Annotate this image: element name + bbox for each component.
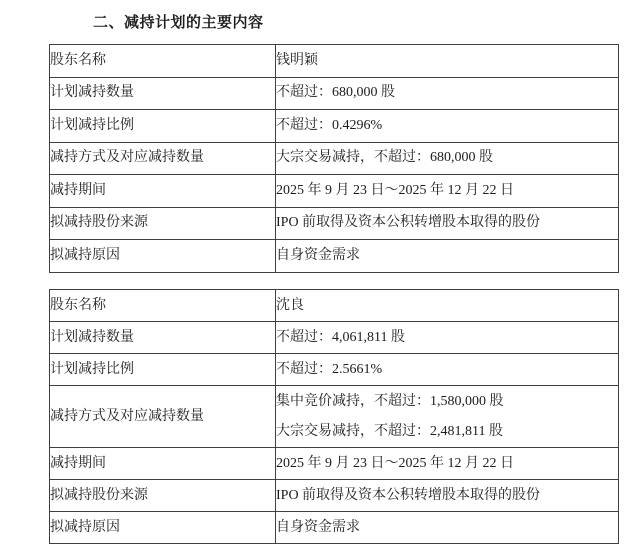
row-value: 自身资金需求: [276, 512, 619, 544]
row-value-line-1: 集中竞价减持，不超过：1,580,000 股: [276, 387, 618, 417]
table-row: 拟减持原因 自身资金需求: [50, 512, 619, 544]
table-row: 减持方式及对应减持数量 集中竞价减持，不超过：1,580,000 股 大宗交易减…: [50, 386, 619, 448]
row-label: 减持方式及对应减持数量: [50, 386, 276, 448]
row-label: 减持期间: [50, 175, 276, 208]
row-value: 沈良: [276, 290, 619, 322]
table-row: 计划减持数量 不超过：4,061,811 股: [50, 322, 619, 354]
row-value: 不超过：2.5661%: [276, 354, 619, 386]
table-row: 计划减持数量 不超过：680,000 股: [50, 77, 619, 110]
row-value: 不超过：680,000 股: [276, 77, 619, 110]
reduction-table-shareholder-1: 股东名称 钱明颖 计划减持数量 不超过：680,000 股 计划减持比例 不超过…: [49, 44, 619, 273]
row-label: 计划减持比例: [50, 110, 276, 143]
row-value: IPO 前取得及资本公积转增股本取得的股份: [276, 480, 619, 512]
table-row: 减持方式及对应减持数量 大宗交易减持，不超过：680,000 股: [50, 142, 619, 175]
row-label: 计划减持比例: [50, 354, 276, 386]
document-page: 二、减持计划的主要内容 股东名称 钱明颖 计划减持数量 不超过：680,000 …: [0, 0, 642, 556]
row-value: 不超过：4,061,811 股: [276, 322, 619, 354]
table-row: 股东名称 钱明颖: [50, 45, 619, 78]
row-label: 计划减持数量: [50, 322, 276, 354]
row-value: 集中竞价减持，不超过：1,580,000 股 大宗交易减持，不超过：2,481,…: [276, 386, 619, 448]
row-label: 拟减持原因: [50, 240, 276, 273]
section-title: 二、减持计划的主要内容: [93, 14, 264, 32]
row-value: 自身资金需求: [276, 240, 619, 273]
table-row: 拟减持原因 自身资金需求: [50, 240, 619, 273]
row-value: 钱明颖: [276, 45, 619, 78]
row-value: IPO 前取得及资本公积转增股本取得的股份: [276, 207, 619, 240]
table-row: 计划减持比例 不超过：0.4296%: [50, 110, 619, 143]
row-value: 2025 年 9 月 23 日～2025 年 12 月 22 日: [276, 448, 619, 480]
row-value: 2025 年 9 月 23 日～2025 年 12 月 22 日: [276, 175, 619, 208]
table-row: 拟减持股份来源 IPO 前取得及资本公积转增股本取得的股份: [50, 480, 619, 512]
row-label: 拟减持原因: [50, 512, 276, 544]
row-label: 股东名称: [50, 45, 276, 78]
table-row: 拟减持股份来源 IPO 前取得及资本公积转增股本取得的股份: [50, 207, 619, 240]
row-value: 大宗交易减持，不超过：680,000 股: [276, 142, 619, 175]
row-label: 拟减持股份来源: [50, 207, 276, 240]
table-row: 减持期间 2025 年 9 月 23 日～2025 年 12 月 22 日: [50, 175, 619, 208]
row-value: 不超过：0.4296%: [276, 110, 619, 143]
row-label: 减持方式及对应减持数量: [50, 142, 276, 175]
row-label: 减持期间: [50, 448, 276, 480]
row-label: 计划减持数量: [50, 77, 276, 110]
reduction-table-shareholder-2: 股东名称 沈良 计划减持数量 不超过：4,061,811 股 计划减持比例 不超…: [49, 289, 619, 544]
table-row: 减持期间 2025 年 9 月 23 日～2025 年 12 月 22 日: [50, 448, 619, 480]
table-row: 股东名称 沈良: [50, 290, 619, 322]
row-value-line-2: 大宗交易减持，不超过：2,481,811 股: [276, 417, 618, 447]
table-row: 计划减持比例 不超过：2.5661%: [50, 354, 619, 386]
row-label: 股东名称: [50, 290, 276, 322]
row-label: 拟减持股份来源: [50, 480, 276, 512]
